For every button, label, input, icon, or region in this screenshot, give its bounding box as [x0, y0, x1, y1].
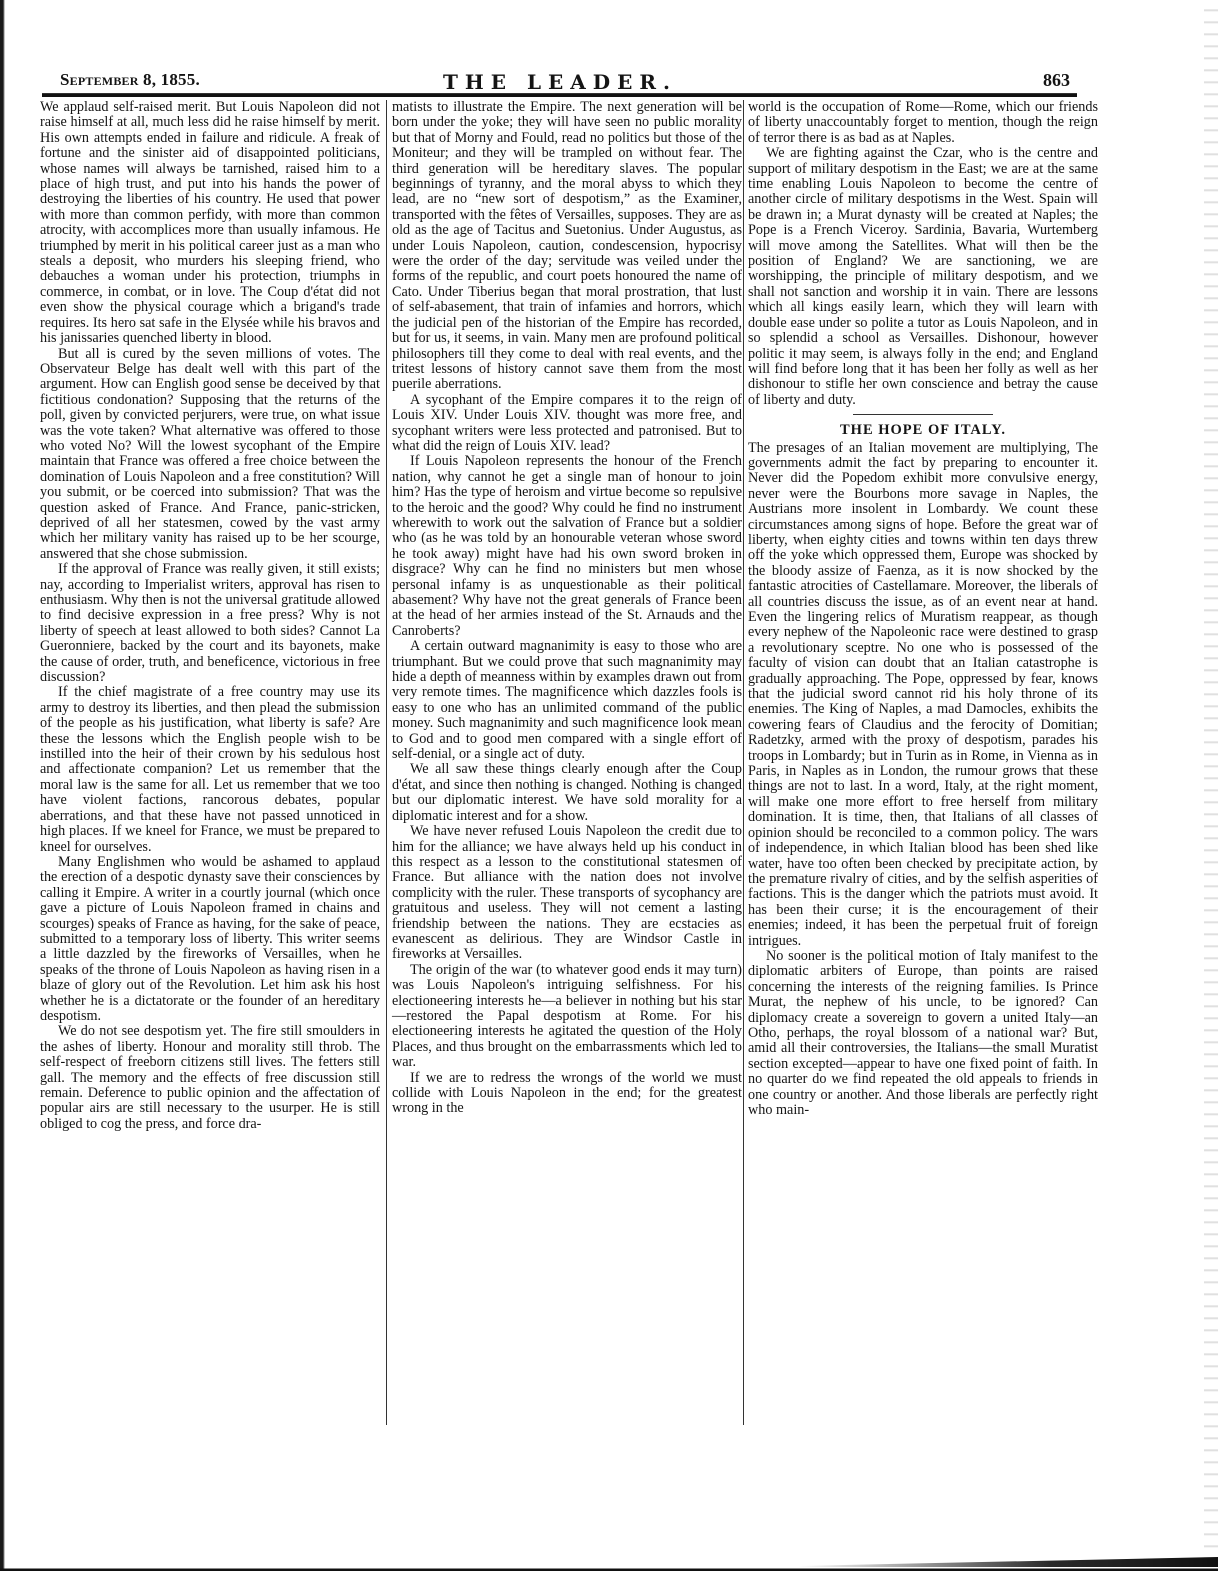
paragraph: We all saw these things clearly enough a… — [392, 762, 742, 824]
paragraph: We are fighting against the Czar, who is… — [748, 146, 1098, 408]
section-divider — [853, 414, 993, 415]
paragraph: If Louis Napoleon represents the honour … — [392, 454, 742, 639]
paragraph: We do not see despotism yet. The fire st… — [40, 1024, 380, 1132]
paragraph: No sooner is the political motion of Ita… — [748, 949, 1098, 1118]
column-divider — [743, 100, 744, 1425]
paragraph: Many Englishmen who would be ashamed to … — [40, 855, 380, 1024]
paragraph: If the chief magistrate of a free countr… — [40, 685, 380, 854]
page-number: 863 — [1043, 70, 1070, 91]
paragraph: We applaud self-raised merit. But Louis … — [40, 100, 380, 347]
column-3: world is the occupation of Rome—Rome, wh… — [748, 100, 1098, 1118]
paragraph: A sycophant of the Empire compares it to… — [392, 393, 742, 455]
paragraph: But all is cured by the seven millions o… — [40, 347, 380, 563]
paragraph: A certain outward magnanimity is easy to… — [392, 639, 742, 762]
paragraph: If the approval of France was really giv… — [40, 562, 380, 685]
scan-right-edge — [1204, 0, 1218, 1571]
column-2: matists to illustrate the Empire. The ne… — [392, 100, 742, 1117]
paragraph: world is the occupation of Rome—Rome, wh… — [748, 100, 1098, 146]
column-1: We applaud self-raised merit. But Louis … — [40, 100, 380, 1132]
paragraph: The origin of the war (to whatever good … — [392, 963, 742, 1071]
scan-left-edge — [0, 0, 5, 1571]
paragraph: matists to illustrate the Empire. The ne… — [392, 100, 742, 393]
column-divider — [386, 100, 387, 1425]
paragraph: The presages of an Italian movement are … — [748, 441, 1098, 949]
newspaper-title: THE LEADER. — [50, 70, 1070, 94]
paragraph: We have never refused Louis Napoleon the… — [392, 824, 742, 963]
scan-bottom-edge — [0, 1559, 1218, 1571]
paragraph: If we are to redress the wrongs of the w… — [392, 1071, 742, 1117]
masthead-double-rule — [42, 93, 1077, 97]
section-heading: THE HOPE OF ITALY. — [748, 423, 1098, 438]
